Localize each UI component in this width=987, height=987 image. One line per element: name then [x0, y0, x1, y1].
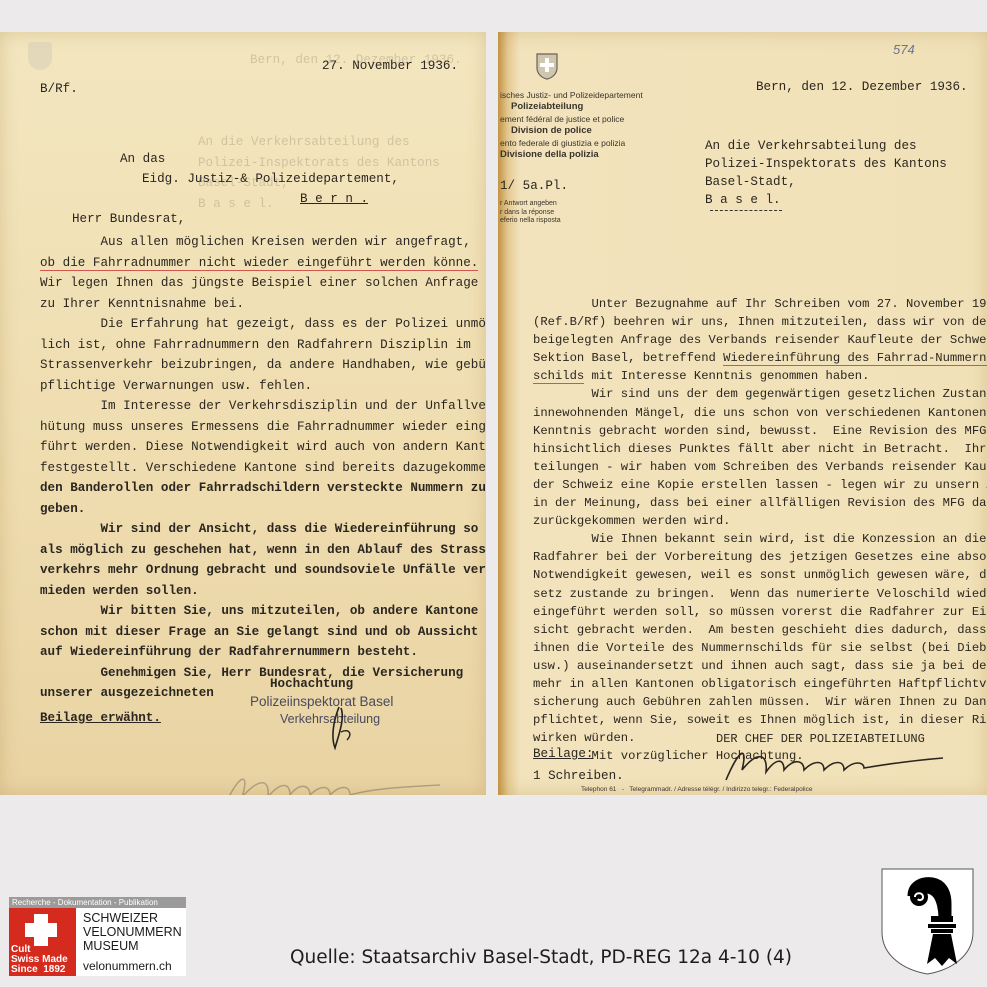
recipient-line-1: An das	[120, 149, 165, 170]
letterhead-line-6: Divisione della polizia	[500, 149, 599, 160]
body-line: Wir bitten Sie, uns mitzuteilen, ob ande…	[40, 601, 486, 622]
body-line: Wir legen Ihnen das jüngste Beispiel ein…	[40, 273, 486, 294]
letter-body: Aus allen möglichen Kreisen werden wir a…	[40, 232, 486, 704]
letter-page-left: Bern, den 12. Dezember 1936. An die Verk…	[0, 32, 486, 795]
body-line: Wie Ihnen bekannt sein wird, ist die Kon…	[533, 530, 987, 548]
logo-museum-name: SCHWEIZER VELONUMMERN MUSEUM	[83, 911, 182, 953]
body-line: Unter Bezugnahme auf Ihr Schreiben vom 2…	[533, 295, 987, 313]
body-line: Wir sind uns der dem gegenwärtigen geset…	[533, 385, 987, 403]
reference-note: r Antwort angeben r dans la réponse efer…	[500, 200, 561, 226]
body-line: mehr in allen Kantonen obligatorisch ein…	[533, 675, 987, 693]
source-caption: Quelle: Staatsarchiv Basel-Stadt, PD-REG…	[290, 947, 792, 968]
closing: Hochachtung	[270, 674, 353, 695]
recipient-line-4: B a s e l.	[705, 190, 781, 211]
letter-date: Bern, den 12. Dezember 1936.	[756, 77, 968, 98]
body-line: usw.) auseinandersetzt und ihnen auch sa…	[533, 657, 987, 675]
body-line: ihnen die Vorteile des Nummernschilds fü…	[533, 639, 987, 657]
body-line: sicht gebracht werden. Am besten geschie…	[533, 621, 987, 639]
recipient-line-3: B e r n .	[300, 189, 368, 210]
signature	[718, 742, 948, 787]
body-line: lich ist, ohne Fahrradnummern den Radfah…	[40, 335, 486, 356]
logo-badge-text: Cult Swiss Made Since 1892	[11, 945, 68, 975]
ghost-swiss-emblem	[28, 42, 52, 70]
body-line: geben.	[40, 499, 486, 520]
logo-red-badge: Cult Swiss Made Since 1892	[9, 908, 76, 976]
ghost-signature	[220, 767, 450, 795]
letterhead-line-3: ement fédéral de justice et police	[500, 114, 624, 125]
body-line: den Banderollen oder Fahrradschildern ve…	[40, 478, 486, 499]
signature-initial	[325, 704, 365, 754]
body-line: als möglich zu geschehen hat, wenn in de…	[40, 540, 486, 561]
letter-page-right: isches Justiz- und Polizeidepartement Po…	[498, 32, 987, 795]
body-line: schon mit dieser Frage an Sie gelangt si…	[40, 622, 486, 643]
body-line: Kenntnis gebracht worden sind, bewusst. …	[533, 422, 987, 440]
swiss-cross-icon-bar	[25, 923, 57, 937]
body-line: pflichtet, wenn Sie, soweit es Ihnen mög…	[533, 711, 987, 729]
body-line: pflichtige Verwarnungen usw. fehlen.	[40, 376, 486, 397]
letter-body: Unter Bezugnahme auf Ihr Schreiben vom 2…	[533, 295, 987, 765]
enclosure-item: 1 Schreiben.	[533, 766, 624, 787]
stamp-line-1: Polizeiinspektorat Basel	[250, 694, 393, 709]
salutation: Herr Bundesrat,	[72, 209, 185, 230]
file-reference: 1/ 5a.Pl.	[500, 176, 568, 197]
body-line: verkehrs mehr Ordnung gebracht und sound…	[40, 560, 486, 581]
body-line: (Ref.B/Rf) beehren wir uns, Ihnen mitzut…	[533, 313, 987, 331]
enclosure-note: Beilage erwähnt.	[40, 708, 161, 729]
letterhead-line-5: ento federale di giustizia e polizia	[500, 138, 625, 149]
letterhead-line-1: isches Justiz- und Polizeidepartement	[500, 90, 643, 101]
body-line: sicherung auch Gebühren zahlen müssen. W…	[533, 693, 987, 711]
body-line: Die Erfahrung hat gezeigt, dass es der P…	[40, 314, 486, 335]
letterhead-footer: Telephon 61 - Telegrammadr. / Adresse té…	[581, 786, 812, 793]
recipient-underline	[710, 210, 782, 211]
recipient-line-2: Eidg. Justiz-& Polizeidepartement,	[142, 169, 399, 190]
body-line: teilungen - wir haben vom Schreiben des …	[533, 458, 987, 476]
body-line: hinsichtlich dieses Punktes fällt aber n…	[533, 440, 987, 458]
archive-page-mark: 574	[893, 42, 915, 57]
logo-name-block: SCHWEIZER VELONUMMERN MUSEUM velonummern…	[76, 908, 186, 976]
body-line: der Schweiz eine Kopie erstellen lassen …	[533, 476, 987, 494]
letterhead-line-4: Division de police	[511, 125, 592, 136]
letter-date: 27. November 1936.	[322, 56, 458, 77]
body-line: setz zustande zu bringen. Wenn das numer…	[533, 585, 987, 603]
logo-url: velonummern.ch	[83, 959, 172, 973]
body-line: Im Interesse der Verkehrsdisziplin und d…	[40, 396, 486, 417]
body-line: zu Ihrer Kenntnisnahme bei.	[40, 294, 486, 315]
body-line: Strassenverkehr beizubringen, da andere …	[40, 355, 486, 376]
body-line: auf Wiedereinführung der Radfahrernummer…	[40, 642, 486, 663]
body-line: führt werden. Diese Notwendigkeit wird a…	[40, 437, 486, 458]
body-line: Aus allen möglichen Kreisen werden wir a…	[40, 232, 486, 253]
body-line: Genehmigen Sie, Herr Bundesrat, die Vers…	[40, 663, 486, 684]
swiss-emblem-icon	[535, 52, 559, 80]
body-line: zurückgekommen werden wird.	[533, 512, 987, 530]
body-line: in der Meinung, dass bei einer allfällig…	[533, 494, 987, 512]
body-line: Radfahrer bei der Vorbereitung des jetzi…	[533, 548, 987, 566]
body-line: eingeführt werden soll, so müssen vorers…	[533, 603, 987, 621]
letter-reference: B/Rf.	[40, 79, 78, 100]
body-line: Sektion Basel, betreffend Wiedereinführu…	[533, 349, 987, 367]
body-line: Wir sind der Ansicht, dass die Wiederein…	[40, 519, 486, 540]
body-line: innewohnenden Mängel, die uns schon von …	[533, 404, 987, 422]
body-line: beigelegten Anfrage des Verbands reisend…	[533, 331, 987, 349]
body-line: Notwendigkeit gewesen, weil es sonst unm…	[533, 566, 987, 584]
body-line: hütung muss unseres Ermessens die Fahrra…	[40, 417, 486, 438]
velonummern-museum-logo: Recherche - Dokumentation - Publikation …	[9, 897, 186, 976]
logo-tagline: Recherche - Dokumentation - Publikation	[9, 897, 186, 908]
body-line: schilds mit Interesse Kenntnis genommen …	[533, 367, 987, 385]
body-line: festgestellt. Verschiedene Kantone sind …	[40, 458, 486, 479]
enclosure-label: Beilage:	[533, 744, 593, 765]
body-line: mieden werden sollen.	[40, 581, 486, 602]
body-line: ob die Fahrradnummer nicht wieder eingef…	[40, 253, 486, 274]
letterhead-line-2: Polizeiabteilung	[511, 101, 583, 112]
basel-coat-of-arms-icon	[881, 868, 974, 975]
